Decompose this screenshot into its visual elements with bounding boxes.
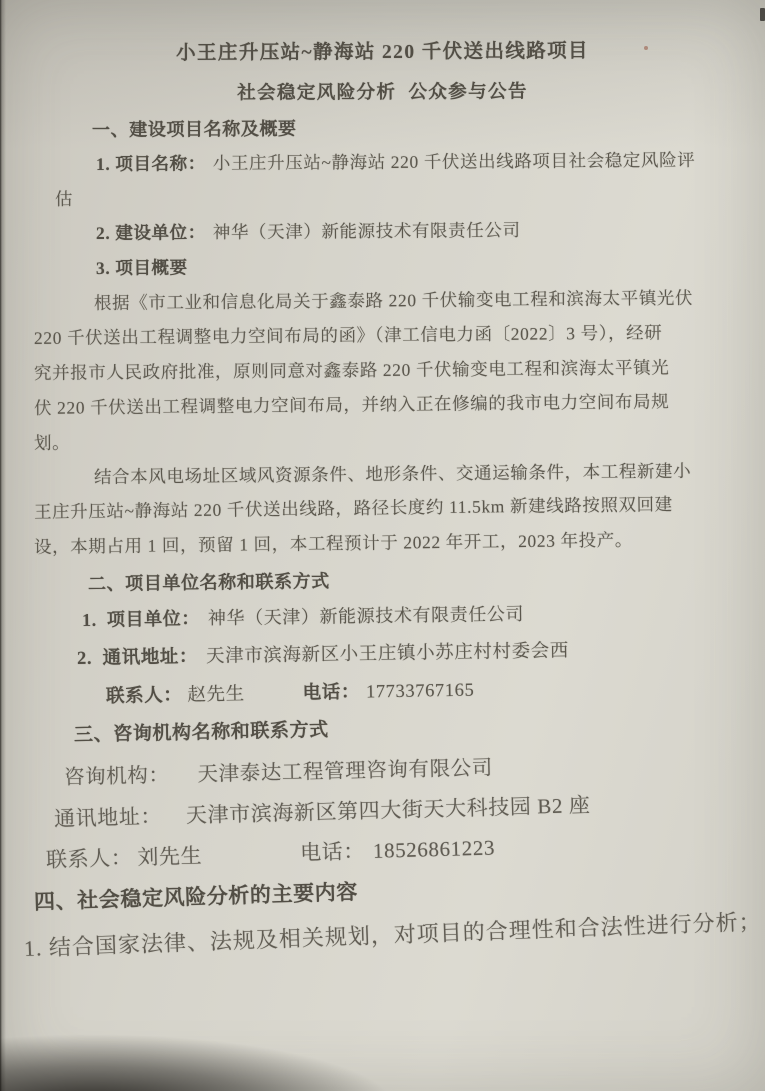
scope-paragraph-line1: 结合本风电场址区域风资源条件、地形条件、交通运输条件，本工程新建小: [94, 458, 692, 489]
agency-address-value: 天津市滨海新区第四大街天大科技园 B2 座: [186, 793, 591, 828]
analysis-item-1: 1. 结合国家法律、法规及相关规划，对项目的合理性和合法性进行分析；: [23, 905, 762, 963]
construction-unit-value: 神华（天津）新能源技术有限责任公司: [213, 220, 521, 242]
phone-number: 17733767165: [366, 681, 475, 703]
agency-address-line: 通讯地址：天津市滨海新区第四大街天大科技园 B2 座: [54, 789, 591, 833]
contact-name: 赵先生: [187, 685, 245, 706]
section1-heading: 一、建设项目名称及概要: [92, 115, 297, 142]
mailing-address-value: 天津市滨海新区小王庄镇小苏庄村村委会西: [206, 641, 569, 667]
section4-heading: 四、社会稳定风险分析的主要内容: [34, 876, 359, 916]
project-name-line2: 估: [55, 186, 73, 211]
consulting-agency-line: 咨询机构：天津泰达工程管理咨询有限公司: [64, 750, 493, 790]
construction-unit-line: 2. 建设单位：神华（天津）新能源技术有限责任公司: [96, 217, 521, 245]
contact-line-zhao: 联系人：赵先生电话：17733767165: [106, 676, 475, 708]
section2-heading: 二、项目单位名称和联系方式: [88, 567, 330, 596]
notice-document: 小王庄升压站~静海站 220 千伏送出线路项目 社会稳定风险分析 公众参与公告 …: [0, 0, 765, 1091]
document-photo: 小王庄升压站~静海站 220 千伏送出线路项目 社会稳定风险分析 公众参与公告 …: [0, 0, 765, 1091]
project-unit-label: 1. 项目单位：: [82, 608, 200, 630]
contact-line-liu: 联系人：刘先生电话：18526861223: [46, 831, 496, 874]
scope-paragraph-line2: 王庄升压站~静海站 220 千伏送出线路，路径长度约 11.5km 新建线路按照…: [34, 491, 673, 524]
policy-paragraph-line5: 划。: [34, 430, 70, 455]
phone-label: 电话：: [300, 839, 365, 865]
construction-unit-label: 2. 建设单位：: [96, 222, 206, 243]
document-title: 小王庄升压站~静海站 220 千伏送出线路项目: [0, 34, 765, 66]
phone-label: 电话：: [303, 683, 361, 704]
contact-name: 刘先生: [137, 844, 202, 870]
policy-paragraph-line3: 究并报市人民政府批准，原则同意对鑫泰路 220 千伏输变电工程和滨海太平镇光: [34, 354, 670, 385]
contact-label: 联系人：: [46, 846, 133, 872]
agency-value: 天津泰达工程管理咨询有限公司: [197, 757, 493, 786]
mailing-address-line: 2. 通讯地址：天津市滨海新区小王庄镇小苏庄村村委会西: [77, 636, 569, 670]
project-summary-label: 3. 项目概要: [96, 254, 188, 280]
mailing-address-label: 2. 通讯地址：: [77, 647, 198, 669]
project-unit-value: 神华（天津）新能源技术有限责任公司: [208, 604, 524, 628]
section3-heading: 三、咨询机构名称和联系方式: [74, 715, 329, 747]
document-subtitle: 社会稳定风险分析 公众参与公告: [0, 76, 765, 106]
project-name-line1: 1. 项目名称：小王庄升压站~静海站 220 千伏送出线路项目社会稳定风险评: [96, 147, 695, 176]
scope-paragraph-line3: 设，本期占用 1 回，预留 1 回，本工程预计于 2022 年开工，2023 年…: [34, 527, 633, 559]
policy-paragraph-line1: 根据《市工业和信息化局关于鑫泰路 220 千伏输变电工程和滨海太平镇光伏: [94, 285, 693, 315]
project-name-label: 1. 项目名称：: [96, 153, 206, 174]
policy-paragraph-line2: 220 千伏送出工程调整电力空间布局的函》（津工信电力函〔2022〕3 号），经…: [34, 320, 663, 350]
policy-paragraph-line4: 伏 220 千伏送出工程调整电力空间布局，并纳入正在修编的我市电力空间布局规: [34, 388, 670, 420]
contact-label: 联系人：: [106, 686, 183, 707]
project-unit-line: 1. 项目单位：神华（天津）新能源技术有限责任公司: [82, 600, 524, 632]
agency-address-label: 通讯地址：: [54, 804, 163, 831]
agency-label: 咨询机构：: [64, 765, 170, 789]
project-name-value: 小王庄升压站~静海站 220 千伏送出线路项目社会稳定风险评: [213, 150, 696, 173]
phone-number: 18526861223: [373, 835, 496, 862]
